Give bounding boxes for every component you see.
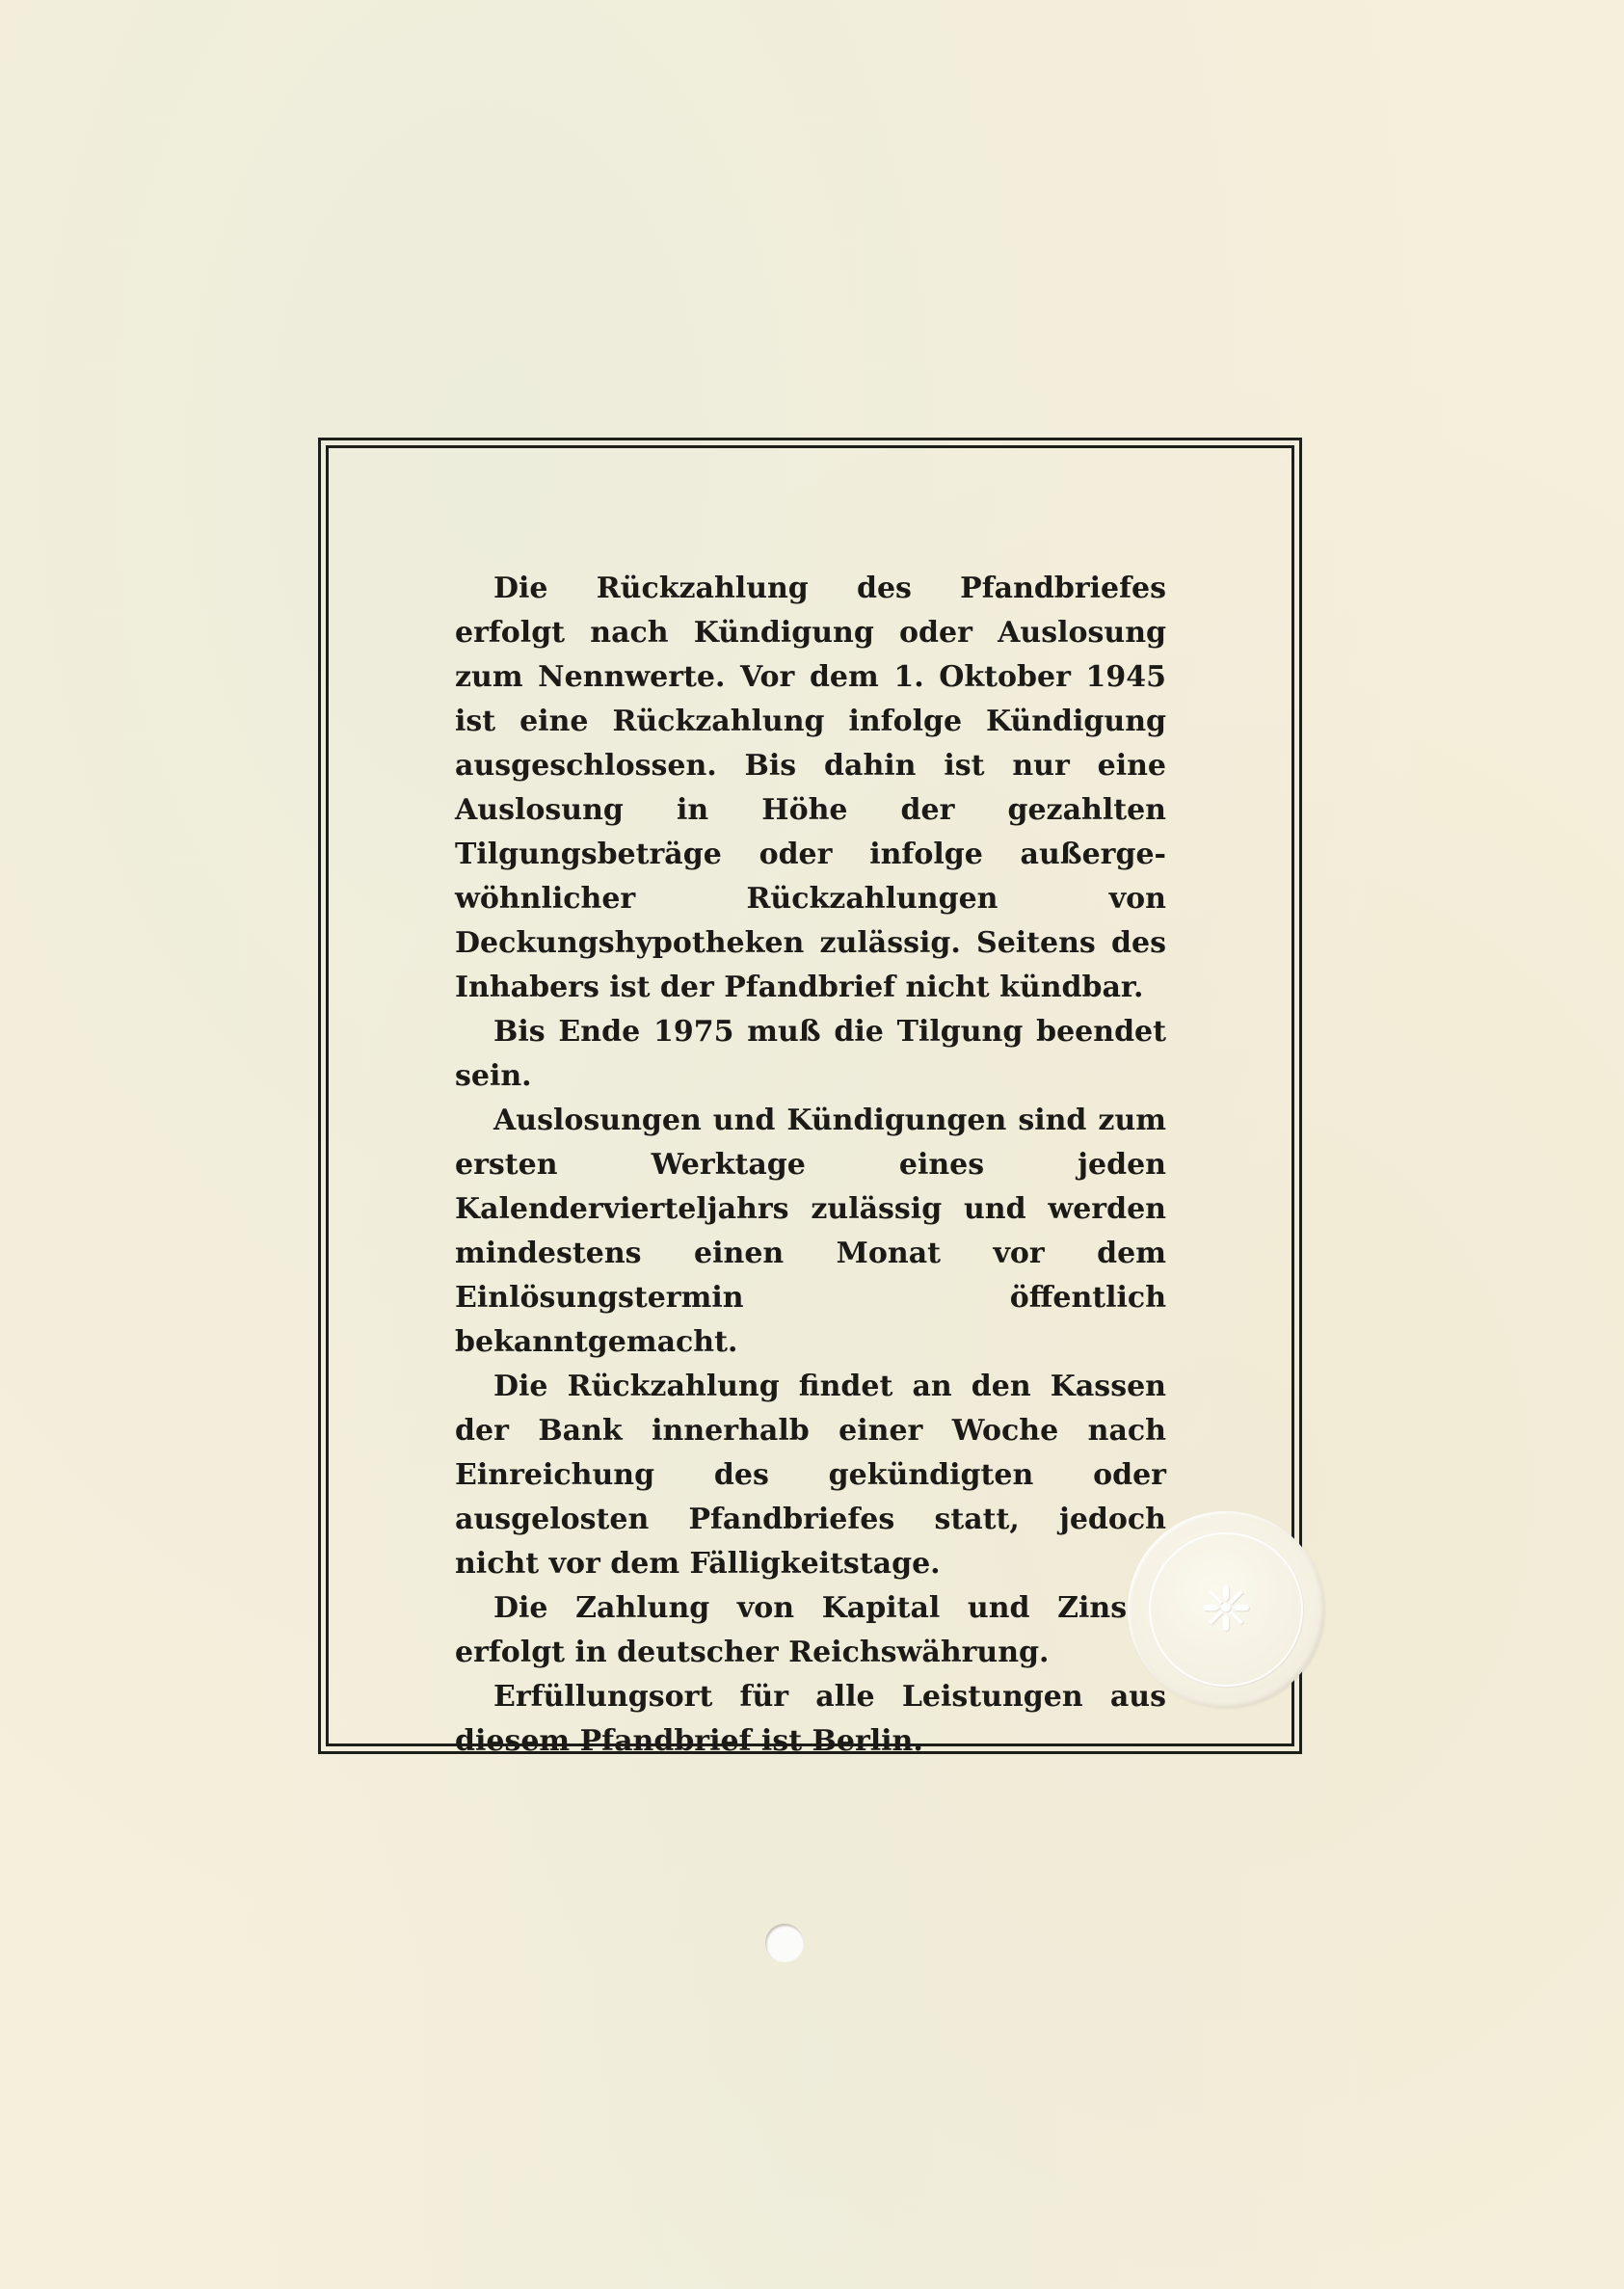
paragraph-currency: Die Zahlung von Kapital und Zinsen erfol… — [455, 1586, 1166, 1675]
paragraph-payment-location: Die Rückzahlung findet an den Kassen der… — [455, 1365, 1166, 1586]
eagle-icon: ❈ — [1200, 1574, 1252, 1645]
paragraph-drawings: Auslosungen und Kündigungen sind zum ers… — [455, 1099, 1166, 1365]
embossed-seal: ❈ — [1128, 1511, 1324, 1708]
punch-hole — [765, 1924, 804, 1962]
paragraph-repayment: Die Rückzahlung des Pfandbriefes erfolgt… — [455, 567, 1166, 1010]
paragraph-place-of-performance: Erfüllungsort für alle Leistungen aus di… — [455, 1675, 1166, 1764]
paragraph-redemption-deadline: Bis Ende 1975 muß die Tilgung beendet se… — [455, 1010, 1166, 1099]
terms-text: Die Rückzahlung des Pfandbriefes erfolgt… — [455, 567, 1166, 1764]
